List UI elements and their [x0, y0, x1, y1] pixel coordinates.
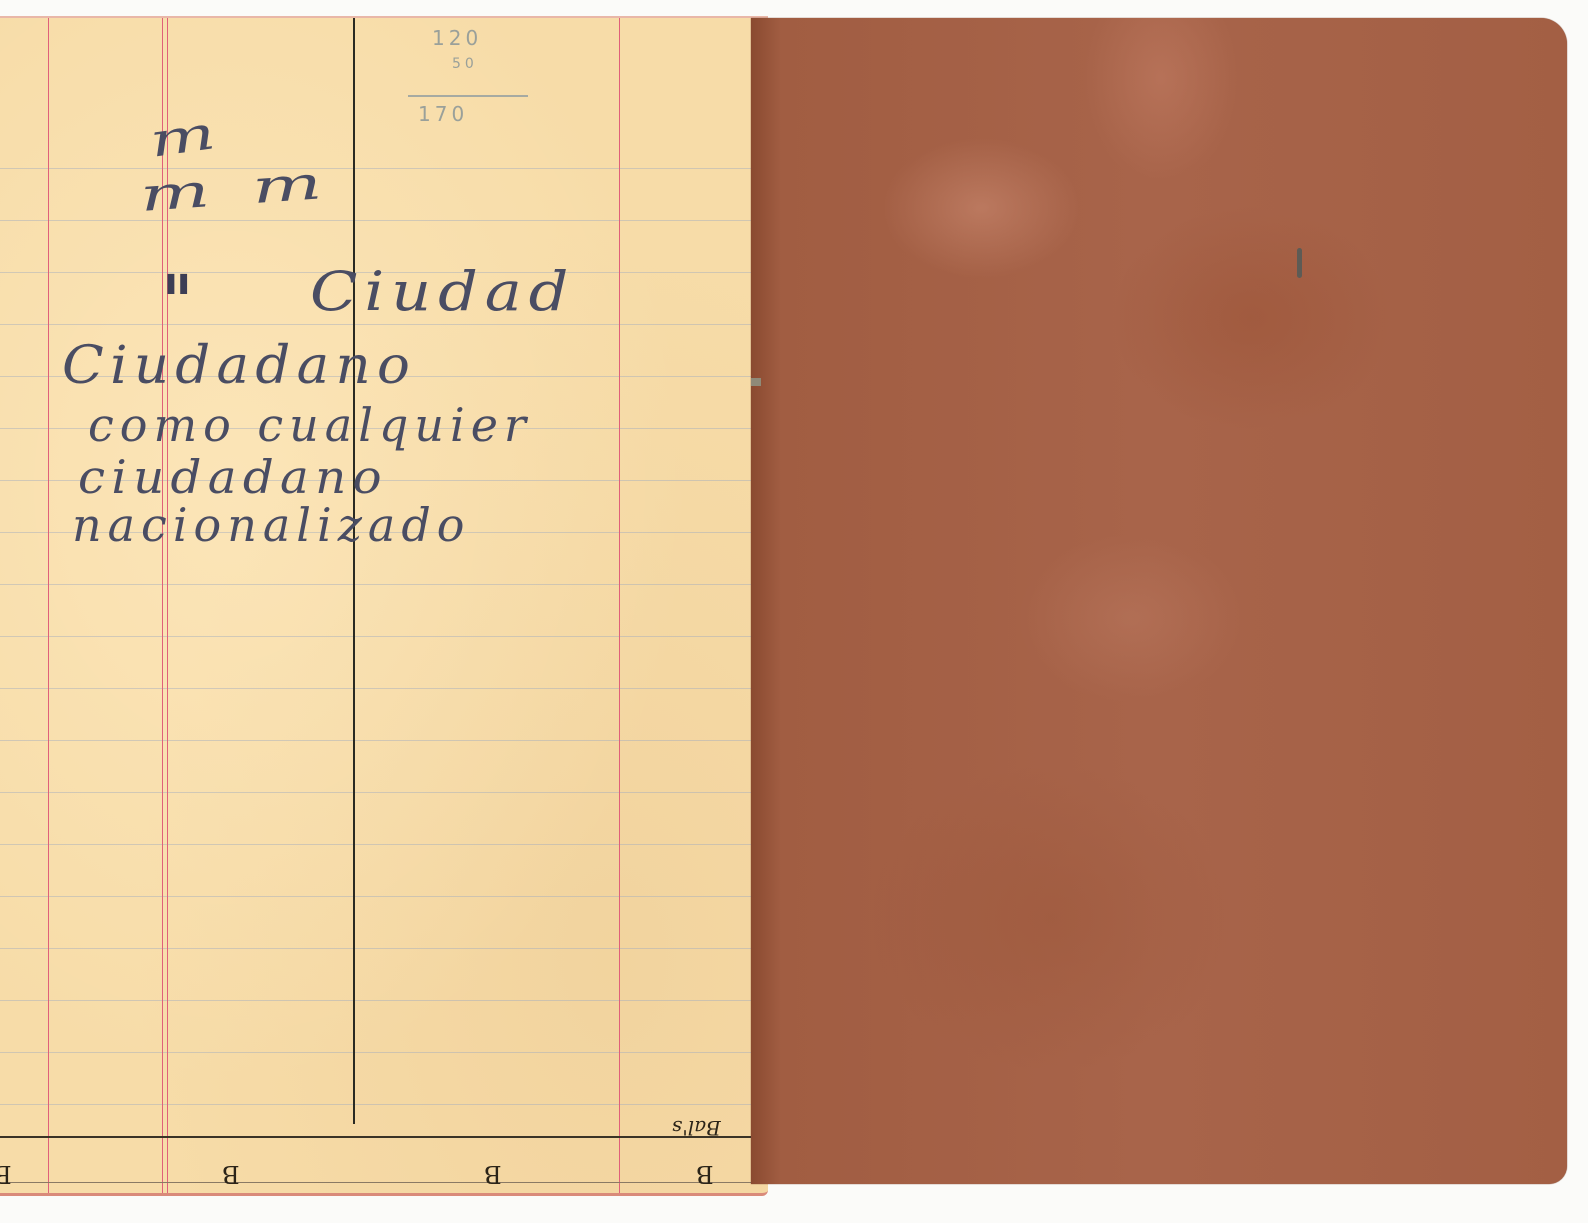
footer-letter: B	[0, 1160, 12, 1188]
ruled-line	[0, 740, 768, 741]
ruled-line	[0, 948, 768, 949]
notebook-scan: 120 50 170 m m m " Ciudad Ciudadano como…	[0, 0, 1588, 1223]
printed-label: Bal's	[672, 1116, 721, 1140]
handwriting-line-4: Ciudadano	[62, 336, 416, 396]
ruled-line	[0, 168, 768, 169]
handwriting-line-1: m	[146, 104, 227, 168]
red-margin-rule	[619, 18, 620, 1196]
ruled-line	[0, 1052, 768, 1053]
ruled-line	[0, 792, 768, 793]
ruled-line	[0, 896, 768, 897]
notebook-cover	[751, 18, 1567, 1184]
black-column-rule	[353, 18, 355, 1124]
calc-middle: 50	[452, 56, 478, 72]
ruled-line	[0, 1104, 768, 1105]
handwriting-line-7: nacionalizado	[72, 498, 471, 552]
ruled-line	[0, 324, 768, 325]
ruled-line	[0, 584, 768, 585]
ruled-line	[0, 636, 768, 637]
footer-rule	[0, 1136, 755, 1138]
ledger-page: 120 50 170 m m m " Ciudad Ciudadano como…	[0, 16, 768, 1196]
handwriting-line-3: Ciudad	[310, 260, 575, 323]
handwriting-line-6: ciudadano	[78, 450, 388, 504]
footer-letter: B	[484, 1160, 502, 1188]
ruled-line	[0, 844, 768, 845]
binding-staple	[751, 378, 761, 386]
handwriting-line-5: como cualquier	[88, 398, 532, 452]
calc-top: 120	[432, 26, 482, 50]
red-margin-rule	[48, 18, 49, 1196]
calc-result: 170	[418, 102, 468, 126]
ruled-line	[0, 220, 768, 221]
calc-divider	[408, 95, 528, 97]
cover-pencil-mark	[1297, 248, 1302, 278]
footer-letter: B	[222, 1160, 240, 1188]
footer-rule-lower	[0, 1182, 755, 1183]
ditto-mark: "	[162, 260, 193, 346]
ruled-line	[0, 1000, 768, 1001]
footer-letter: B	[696, 1160, 714, 1188]
ruled-line	[0, 688, 768, 689]
